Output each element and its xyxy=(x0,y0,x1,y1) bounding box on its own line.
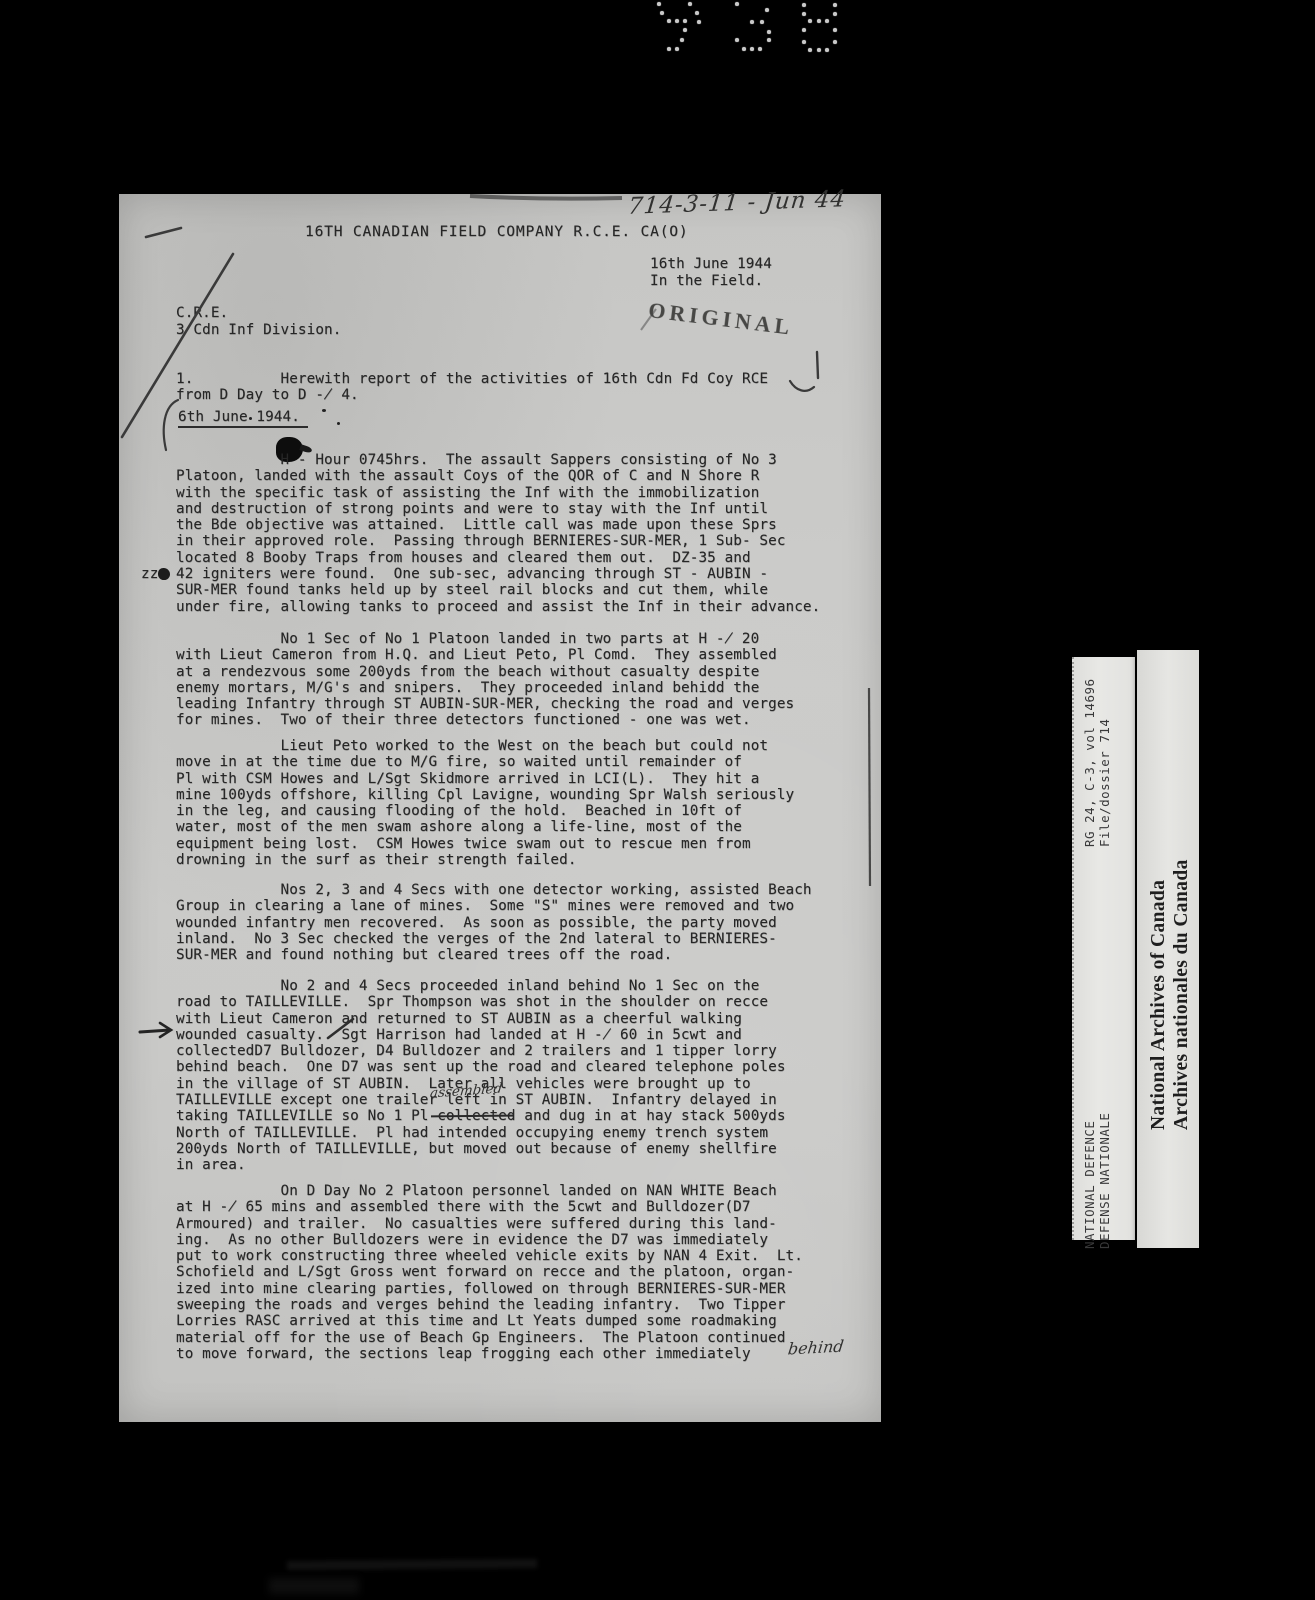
document-date: 16th June 1944 xyxy=(650,256,772,272)
addressee-line: 3 Cdn Inf Division. xyxy=(176,322,341,338)
page-title: 16TH CANADIAN FIELD COMPANY R.C.E. CA(O) xyxy=(305,224,688,240)
frame-counter-digits xyxy=(0,0,1315,60)
national-defence-label: NATIONAL DEFENCE DEFENSE NATIONALE xyxy=(1082,1112,1112,1248)
addressee-line: C.R.E. xyxy=(176,305,228,321)
ink-speck xyxy=(337,422,340,425)
paragraph-2: H - Hour 0745hrs. The assault Sappers co… xyxy=(176,452,820,615)
erased-smudge xyxy=(269,1578,359,1594)
paragraph-1: 1. Herewith report of the activities of … xyxy=(176,371,768,404)
paragraph-5: Nos 2, 3 and 4 Secs with one detector wo… xyxy=(176,882,812,963)
microfilm-frame: 16TH CANADIAN FIELD COMPANY R.C.E. CA(O)… xyxy=(0,0,1315,1600)
document-place: In the Field. xyxy=(650,273,763,289)
paragraph-6: No 2 and 4 Secs proceeded inland behind … xyxy=(176,978,786,1174)
section-heading: 6th June 1944. xyxy=(178,409,308,428)
paragraph-4: Lieut Peto worked to the West on the bea… xyxy=(176,738,794,868)
erased-smudge xyxy=(287,1559,537,1570)
national-archives-label: National Archives of Canada Archives nat… xyxy=(1147,859,1193,1130)
overtype-blob xyxy=(158,568,170,580)
paragraph-7: On D Day No 2 Platoon personnel landed o… xyxy=(176,1183,803,1362)
paragraph-3: No 1 Sec of No 1 Platoon landed in two p… xyxy=(176,631,794,729)
handwritten-word: behind xyxy=(787,1336,845,1358)
margin-overtype: zz xyxy=(141,566,158,582)
archive-reference-label: RG 24, C-3, vol 14696 File/dossier 714 xyxy=(1082,678,1112,847)
ink-speck xyxy=(322,409,326,412)
